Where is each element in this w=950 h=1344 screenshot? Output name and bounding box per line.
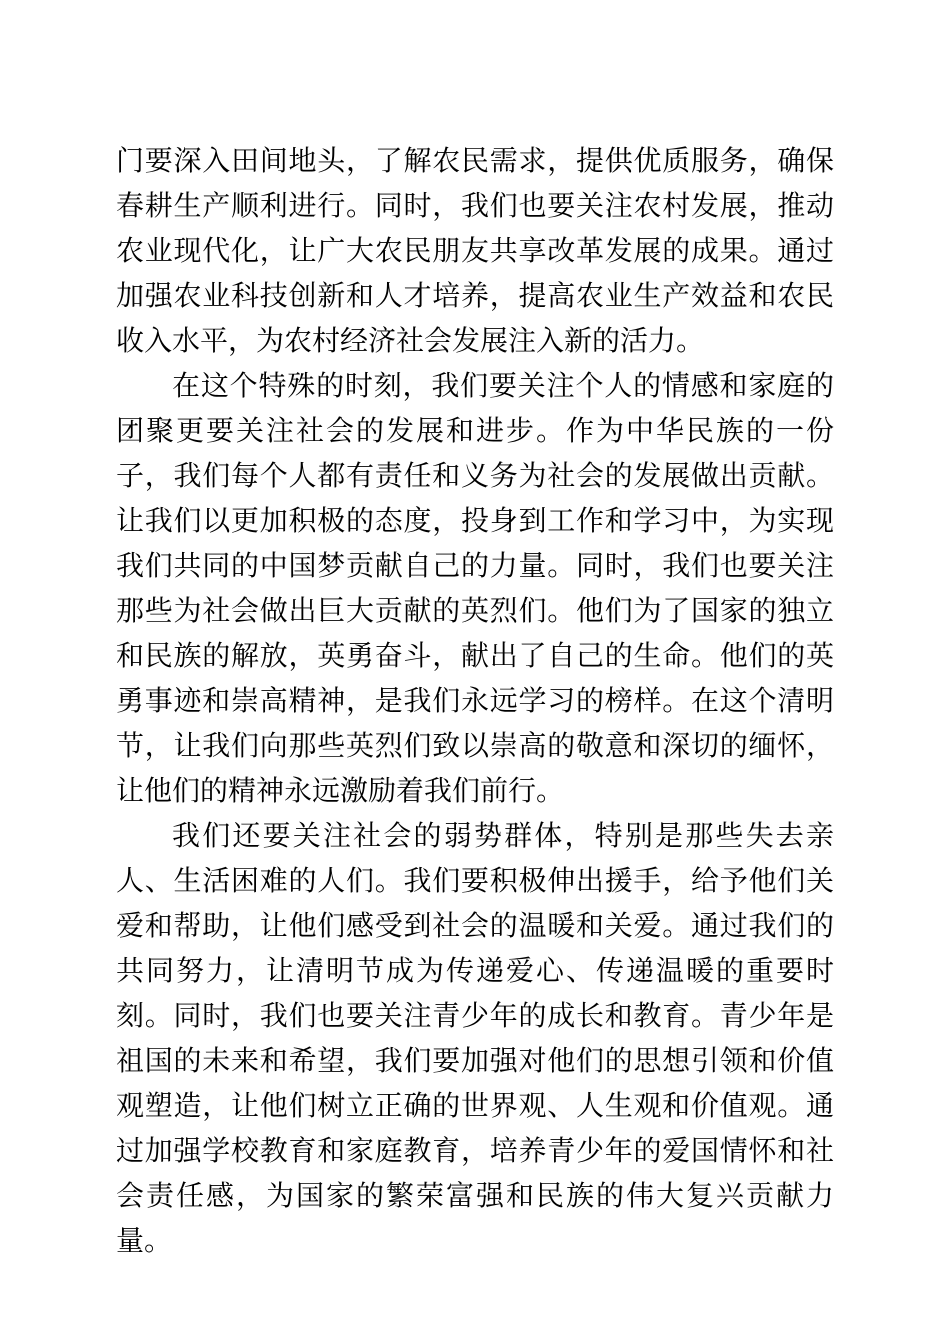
document-body: 门要深入田间地头，了解农民需求，提供优质服务，确保春耕生产顺利进行。同时，我们也… [116, 139, 834, 1264]
document-page: 门要深入田间地头，了解农民需求，提供优质服务，确保春耕生产顺利进行。同时，我们也… [0, 0, 950, 1344]
paragraph-continuation: 门要深入田间地头，了解农民需求，提供优质服务，确保春耕生产顺利进行。同时，我们也… [116, 139, 834, 364]
paragraph-vulnerable-groups: 我们还要关注社会的弱势群体，特别是那些失去亲人、生活困难的人们。我们要积极伸出援… [116, 814, 834, 1264]
paragraph-special-moment: 在这个特殊的时刻，我们要关注个人的情感和家庭的团聚更要关注社会的发展和进步。作为… [116, 364, 834, 814]
